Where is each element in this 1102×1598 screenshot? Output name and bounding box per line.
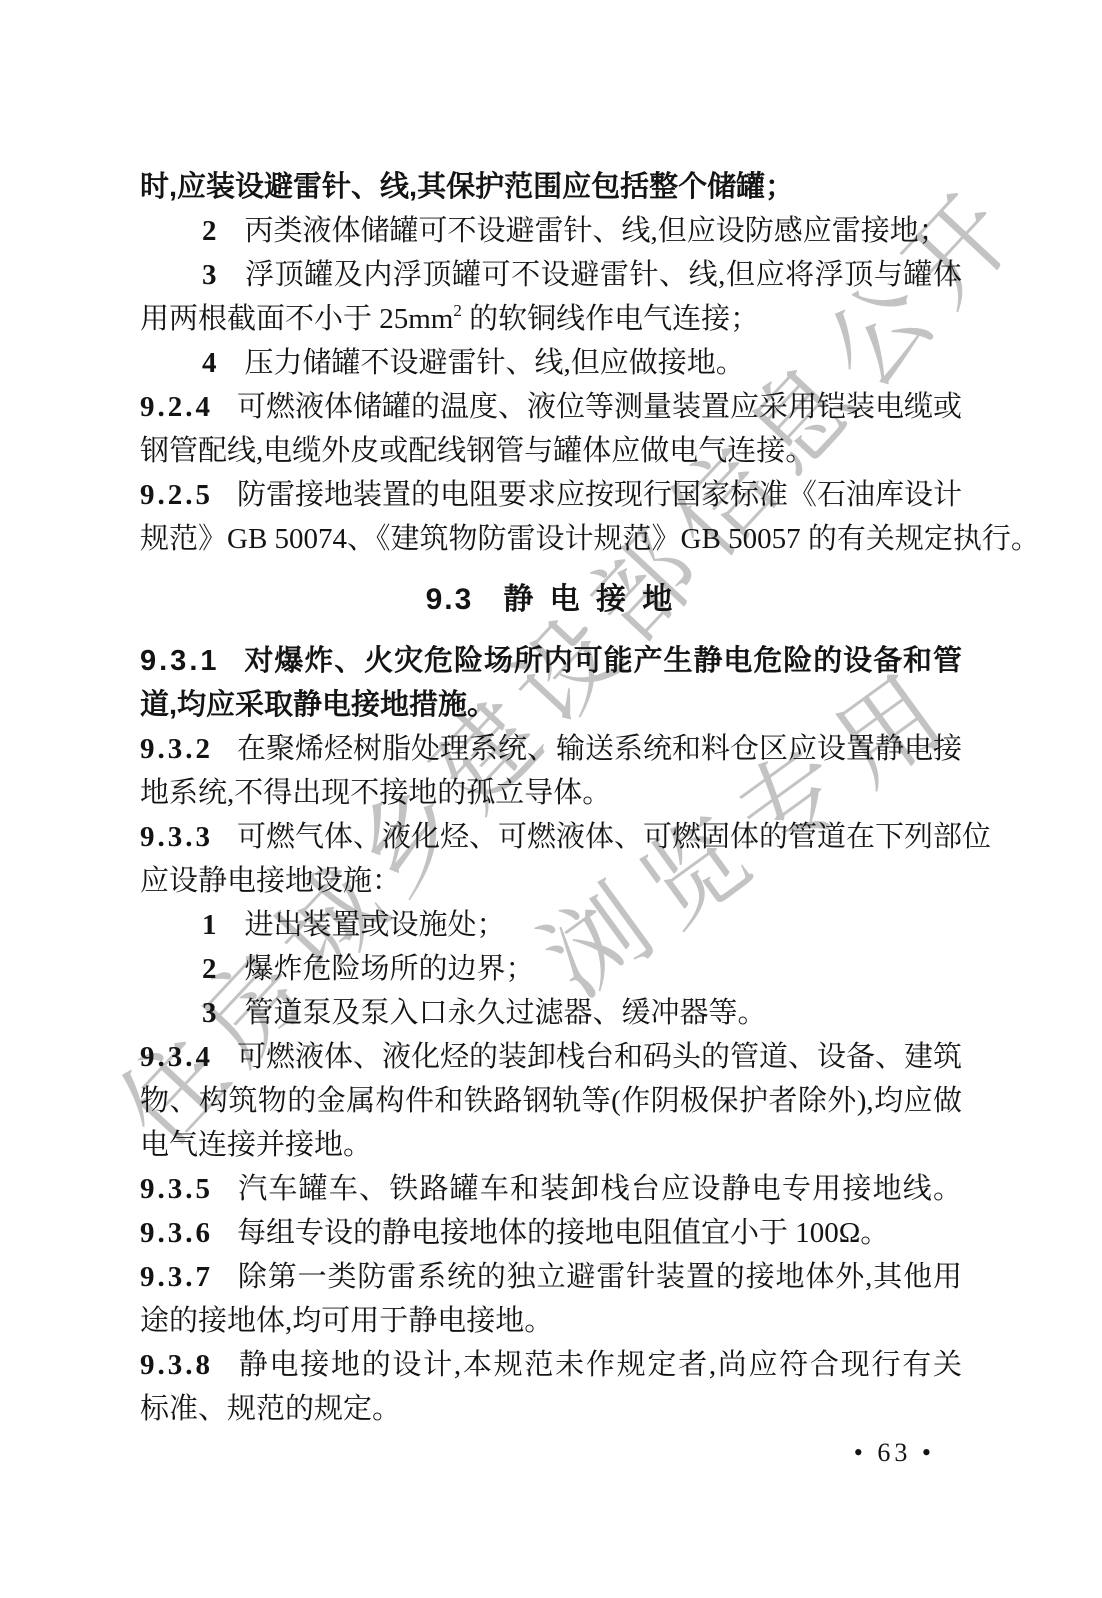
list-item: 1进出装置或设施处； — [140, 903, 962, 947]
line-text: 爆炸危险场所的边界； — [245, 953, 535, 985]
line-text: 丙类液体储罐可不设避雷针、线,但应设防感应雷接地； — [245, 215, 948, 247]
line-text: 地系统,不得出现不接地的孤立导体。 — [140, 777, 611, 809]
clause-9-3-2: 9.3.2在聚烯烃树脂处理系统、输送系统和料仓区应设置静电接 — [140, 727, 962, 771]
line-text: 途的接地体,均可用于静电接地。 — [140, 1305, 553, 1337]
document-page: 住房城乡建设部信息公开 浏览专用 时,应装设避雷针、线,其保护范围应包括整个储罐… — [0, 0, 1102, 1598]
line-text: 浮顶罐及内浮顶罐可不设避雷针、线,但应将浮顶与罐体 — [245, 259, 963, 291]
clause-number: 9.2.5 — [140, 479, 213, 511]
clause-9-3-4: 9.3.4可燃液体、液化烃的装卸栈台和码头的管道、设备、建筑 — [140, 1035, 962, 1079]
line-text: 标准、规范的规定。 — [140, 1393, 401, 1425]
line-text: 除第一类防雷系统的独立避雷针装置的接地体外,其他用 — [237, 1261, 962, 1293]
clause-number: 9.3.5 — [140, 1173, 213, 1205]
section-heading-9-3: 9.3静 电 接 地 — [140, 578, 962, 622]
line-text: 用两根截面不小于 25mm — [140, 303, 453, 335]
clause-9-3-4-continuation: 电气连接并接地。 — [140, 1123, 962, 1167]
clause-9-3-3-continuation: 应设静电接地设施： — [140, 859, 962, 903]
clause-number: 9.3.1 — [140, 645, 220, 677]
clause-9-2-4: 9.2.4可燃液体储罐的温度、液位等测量装置应采用铠装电缆或 — [140, 385, 962, 429]
line-text: 可燃液体、液化烃的装卸栈台和码头的管道、设备、建筑 — [237, 1041, 962, 1073]
line-text: 静电接地的设计,本规范未作规定者,尚应符合现行有关 — [237, 1349, 962, 1381]
line-text: 每组专设的静电接地体的接地电阻值宜小于 100Ω。 — [237, 1217, 889, 1249]
clause-9-2-5: 9.2.5防雷接地装置的电阻要求应按现行国家标准《石油库设计 — [140, 473, 962, 517]
list-item-number: 2 — [202, 953, 217, 985]
line-text: 压力储罐不设避雷针、线,但应做接地。 — [245, 347, 745, 379]
clause-9-3-1: 9.3.1对爆炸、火灾危险场所内可能产生静电危险的设备和管 — [140, 639, 962, 683]
clause-number: 9.3.2 — [140, 733, 213, 765]
list-item: 3浮顶罐及内浮顶罐可不设避雷针、线,但应将浮顶与罐体 — [140, 253, 962, 297]
line-text: 道,均应采取静电接地措施。 — [140, 689, 496, 721]
clause-number: 9.3.8 — [140, 1349, 213, 1381]
line-text: 管道泵及泵入口永久过滤器、缓冲器等。 — [245, 997, 767, 1029]
superscript-2: 2 — [453, 301, 462, 320]
clause-number: 9.3.4 — [140, 1041, 213, 1073]
line-text: 应设静电接地设施： — [140, 865, 401, 897]
list-item-number: 2 — [202, 215, 217, 247]
page-number: • 63 • — [854, 1431, 935, 1475]
list-item-number: 1 — [202, 909, 217, 941]
clause-9-3-4-continuation: 物、构筑物的金属构件和铁路钢轨等(作阴极保护者除外),均应做 — [140, 1079, 962, 1123]
line-text: 防雷接地装置的电阻要求应按现行国家标准《石油库设计 — [237, 479, 962, 511]
clause-9-3-6: 9.3.6每组专设的静电接地体的接地电阻值宜小于 100Ω。 — [140, 1211, 962, 1255]
line-text: 可燃液体储罐的温度、液位等测量装置应采用铠装电缆或 — [237, 391, 962, 423]
list-item-number: 3 — [202, 259, 217, 291]
clause-9-3-1-continuation: 道,均应采取静电接地措施。 — [140, 683, 962, 727]
line-text: 在聚烯烃树脂处理系统、输送系统和料仓区应设置静电接 — [237, 733, 962, 765]
clause-9-3-7: 9.3.7除第一类防雷系统的独立避雷针装置的接地体外,其他用 — [140, 1255, 962, 1299]
continued-clause-line: 时,应装设避雷针、线,其保护范围应包括整个储罐； — [140, 165, 962, 209]
clause-9-3-5: 9.3.5汽车罐车、铁路罐车和装卸栈台应设静电专用接地线。 — [140, 1167, 962, 1211]
line-text: 进出装置或设施处； — [245, 909, 506, 941]
line-text: 规范》GB 50074、《建筑物防雷设计规范》GB 50057 的有关规定执行。 — [140, 523, 1040, 555]
clause-number: 9.3.7 — [140, 1261, 213, 1293]
section-title: 静 电 接 地 — [503, 583, 676, 616]
line-text: 钢管配线,电缆外皮或配线钢管与罐体应做电气连接。 — [140, 435, 814, 467]
clause-9-3-7-continuation: 途的接地体,均可用于静电接地。 — [140, 1299, 962, 1343]
line-text: 物、构筑物的金属构件和铁路钢轨等(作阴极保护者除外),均应做 — [140, 1085, 962, 1117]
line-text: 对爆炸、火灾危险场所内可能产生静电危险的设备和管 — [244, 645, 963, 677]
section-number: 9.3 — [426, 583, 474, 616]
page-content: 时,应装设避雷针、线,其保护范围应包括整个储罐； 2丙类液体储罐可不设避雷针、线… — [140, 165, 962, 1431]
list-item: 2爆炸危险场所的边界； — [140, 947, 962, 991]
line-text: 电气连接并接地。 — [140, 1129, 372, 1161]
list-item: 4压力储罐不设避雷针、线,但应做接地。 — [140, 341, 962, 385]
continuation-line: 用两根截面不小于 25mm2 的软铜线作电气连接； — [140, 297, 962, 341]
line-text: 汽车罐车、铁路罐车和装卸栈台应设静电专用接地线。 — [237, 1173, 962, 1205]
clause-9-2-4-continuation: 钢管配线,电缆外皮或配线钢管与罐体应做电气连接。 — [140, 429, 962, 473]
clause-9-3-3: 9.3.3可燃气体、液化烃、可燃液体、可燃固体的管道在下列部位 — [140, 815, 962, 859]
clause-number: 9.2.4 — [140, 391, 213, 423]
line-text: 可燃气体、液化烃、可燃液体、可燃固体的管道在下列部位 — [237, 821, 991, 853]
list-item: 2丙类液体储罐可不设避雷针、线,但应设防感应雷接地； — [140, 209, 962, 253]
clause-9-3-8: 9.3.8静电接地的设计,本规范未作规定者,尚应符合现行有关 — [140, 1343, 962, 1387]
clause-9-3-8-continuation: 标准、规范的规定。 — [140, 1387, 962, 1431]
clause-9-3-2-continuation: 地系统,不得出现不接地的孤立导体。 — [140, 771, 962, 815]
list-item-number: 4 — [202, 347, 217, 379]
list-item: 3管道泵及泵入口永久过滤器、缓冲器等。 — [140, 991, 962, 1035]
clause-9-2-5-continuation: 规范》GB 50074、《建筑物防雷设计规范》GB 50057 的有关规定执行。 — [140, 517, 962, 561]
clause-number: 9.3.3 — [140, 821, 213, 853]
clause-number: 9.3.6 — [140, 1217, 213, 1249]
line-text: 时,应装设避雷针、线,其保护范围应包括整个储罐； — [140, 171, 794, 203]
line-text: 的软铜线作电气连接； — [462, 303, 759, 335]
list-item-number: 3 — [202, 997, 217, 1029]
